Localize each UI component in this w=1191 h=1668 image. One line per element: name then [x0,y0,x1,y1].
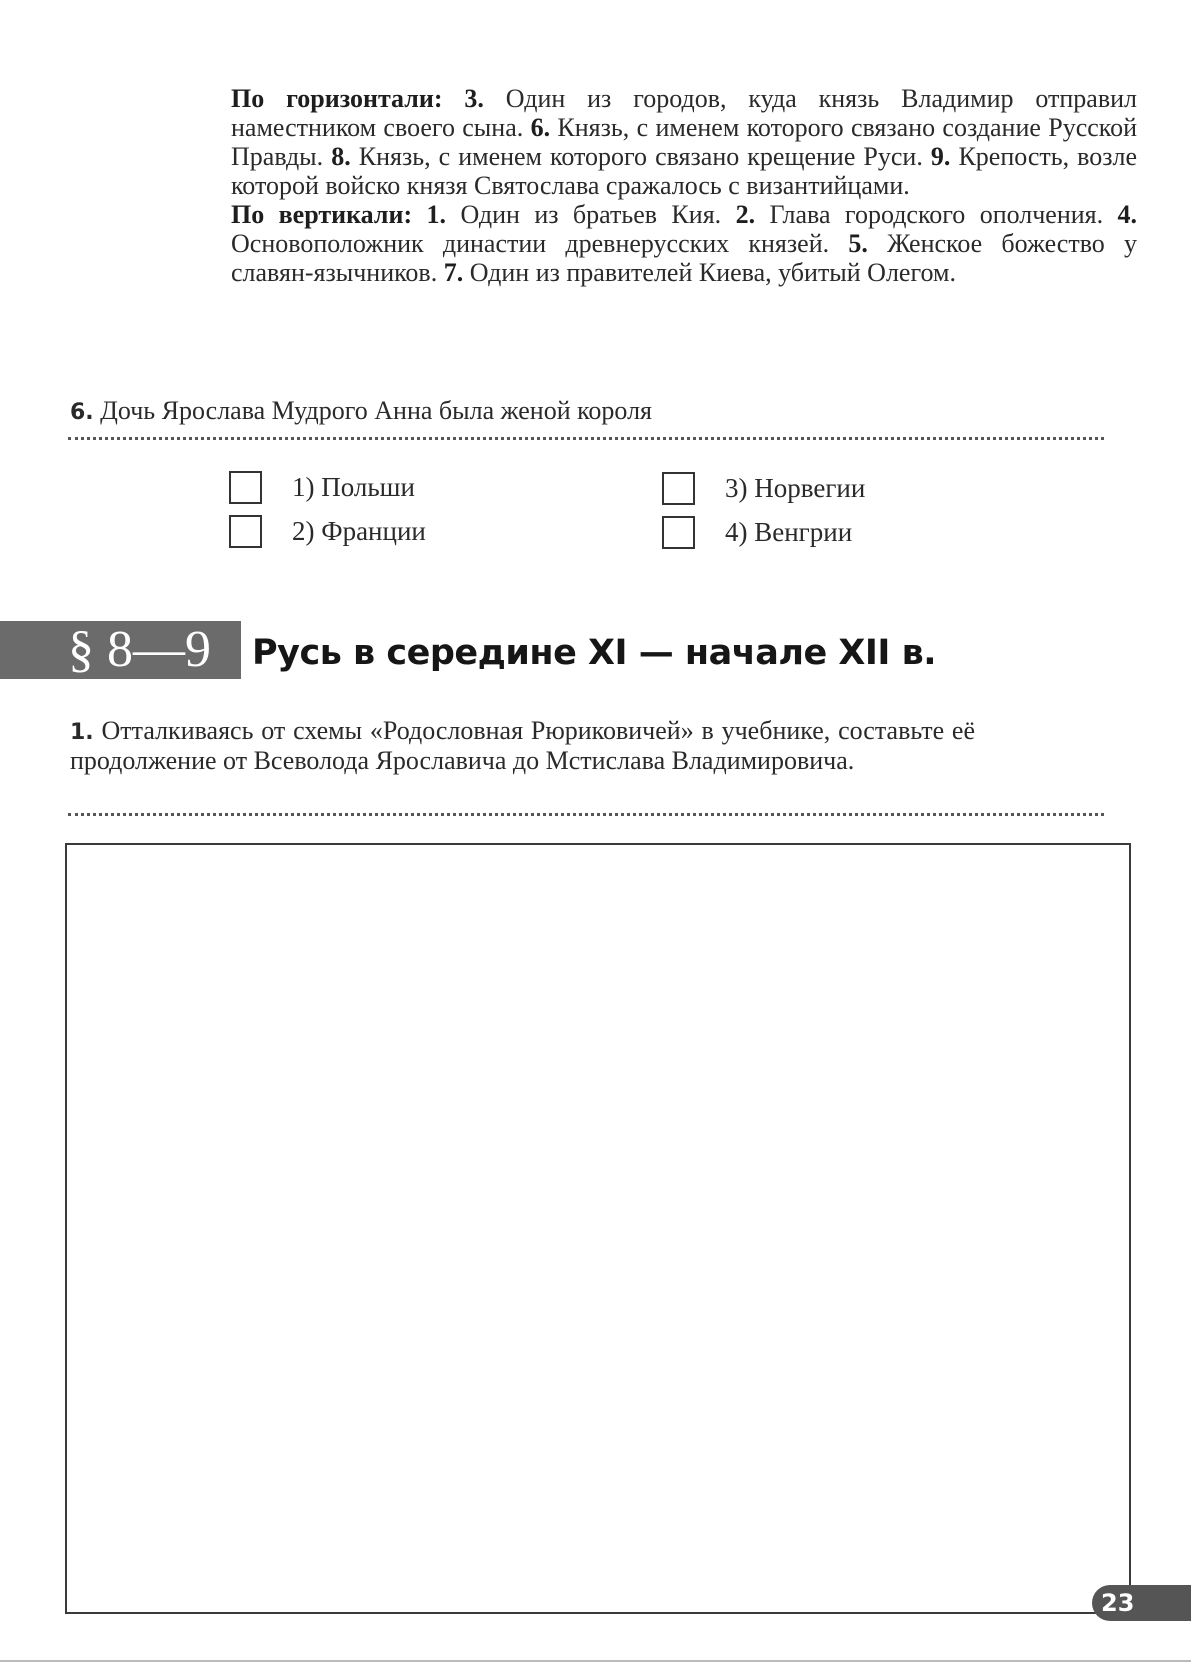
section-number: § 8—9 [68,620,211,680]
checkbox[interactable] [229,471,262,504]
option-4[interactable]: 4) Венгрии [662,516,852,549]
question-6: 6. Дочь Ярослава Мудрого Анна была женой… [70,396,1106,428]
section-title: Русь в середине XI — начале XII в. [252,632,936,674]
question-1: 1. Отталкиваясь от схемы «Родословная Рю… [70,717,975,775]
horizontal-label: По горизонтали: [231,84,443,113]
question-number: 1. [70,720,94,745]
question-text: Отталкиваясь от схемы «Родословная Рюрик… [70,716,975,775]
horizontal-clues: По горизонтали: 3. Один из городов, куда… [231,84,1137,200]
checkbox[interactable] [662,472,695,505]
option-2[interactable]: 2) Франции [229,515,426,548]
option-1[interactable]: 1) Польши [229,471,415,504]
answer-dotted-line [68,813,1104,816]
vertical-clues: По вертикали: 1. Один из братьев Кия. 2.… [231,200,1137,287]
vertical-label: По вертикали: [231,200,412,229]
checkbox[interactable] [662,516,695,549]
question-text: Дочь Ярослава Мудрого Анна была женой ко… [100,396,652,425]
bottom-rule [0,1660,1191,1662]
page-number: 23 [1101,1587,1134,1619]
answer-dotted-line [68,437,1104,440]
answer-box[interactable] [65,843,1131,1614]
checkbox[interactable] [229,515,262,548]
option-3[interactable]: 3) Норвегии [662,472,865,505]
question-number: 6. [70,400,94,425]
crossword-clues: По горизонтали: 3. Один из городов, куда… [231,84,1137,287]
